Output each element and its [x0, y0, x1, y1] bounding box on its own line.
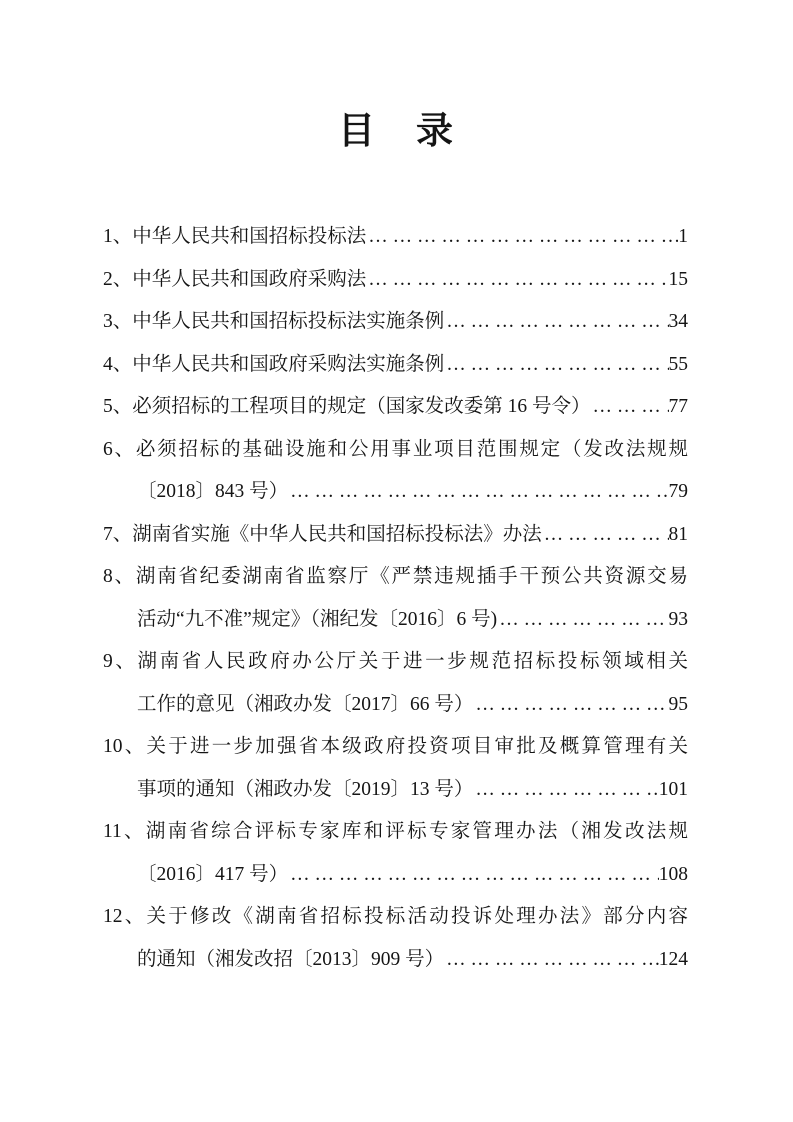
toc-item-number: 3、: [103, 301, 132, 344]
toc-item-line: 11、湖南省综合评标专家库和评标专家管理办法（湘发改法规: [103, 811, 688, 854]
dot-leader: … … … … … … … … … … … … … … … … … … … … …: [444, 344, 668, 387]
toc-item-number: 9、: [103, 651, 138, 672]
toc-item-number: 1、: [103, 216, 132, 259]
toc-item-line: 9、湖南省人民政府办公厅关于进一步规范招标投标领域相关: [103, 641, 688, 684]
toc-item-title-text: 关于进一步加强省本级政府投资项目审批及概算管理有关: [147, 736, 688, 757]
toc-item-line: 工作的意见（湘政办发〔2017〕66 号）… … … … … … … … … ……: [103, 684, 688, 727]
toc-item-title-text: 的通知（湘发改招〔2013〕909 号）: [137, 939, 444, 982]
toc-item-title-text: 中华人民共和国招标投标法实施条例: [132, 301, 444, 344]
toc-page-number: 93: [669, 599, 689, 642]
toc-item-title-text: 必须招标的基础设施和公用事业项目范围规定（发改法规规: [136, 439, 688, 460]
dot-leader: … … … … … … … … … … … … … … … … … … … … …: [497, 599, 668, 642]
toc-item-line: 3、中华人民共和国招标投标法实施条例… … … … … … … … … … … …: [103, 301, 688, 344]
toc-item-title-text: 中华人民共和国政府采购法: [132, 259, 366, 302]
dot-leader: … … … … … … … … … … … … … … … … … … … … …: [288, 854, 659, 897]
toc-item-title-text: 必须招标的工程项目的规定（国家发改委第 16 号令）: [132, 386, 590, 429]
dot-leader: … … … … … … … … … … … … … … … … … … … … …: [542, 514, 669, 557]
toc-item: 5、必须招标的工程项目的规定（国家发改委第 16 号令）… … … … … … …: [103, 386, 688, 429]
toc-item-title-text: 湖南省综合评标专家库和评标专家管理办法（湘发改法规: [146, 821, 688, 842]
toc-item-title-text: 活动“九不准”规定》（湘纪发〔2016〕6 号): [137, 599, 497, 642]
toc-item-line: 4、中华人民共和国政府采购法实施条例… … … … … … … … … … … …: [103, 344, 688, 387]
toc-page-number: 15: [669, 259, 689, 302]
document-page: 目 录 1、中华人民共和国招标投标法… … … … … … … … … … … …: [0, 0, 793, 1122]
dot-leader: … … … … … … … … … … … … … … … … … … … … …: [444, 939, 659, 982]
toc-item-line: 8、湖南省纪委湖南省监察厅《严禁违规插手干预公共资源交易: [103, 556, 688, 599]
toc-page-number: 34: [669, 301, 689, 344]
toc-item-line: 10、关于进一步加强省本级政府投资项目审批及概算管理有关: [103, 726, 688, 769]
toc-item-line: 2、中华人民共和国政府采购法… … … … … … … … … … … … … …: [103, 259, 688, 302]
toc-item-line: 5、必须招标的工程项目的规定（国家发改委第 16 号令）… … … … … … …: [103, 386, 688, 429]
toc-page-number: 101: [659, 769, 688, 812]
toc-item: 12、关于修改《湖南省招标投标活动投诉处理办法》部分内容的通知（湘发改招〔201…: [103, 896, 688, 981]
toc-item-title-text: 工作的意见（湘政办发〔2017〕66 号）: [137, 684, 473, 727]
toc-item-title-text: 〔2018〕843 号）: [137, 471, 288, 514]
toc-item-number: 2、: [103, 259, 132, 302]
toc-item-line: 1、中华人民共和国招标投标法… … … … … … … … … … … … … …: [103, 216, 688, 259]
toc-item-number: 10、: [103, 736, 147, 757]
toc-item-number: 5、: [103, 386, 132, 429]
toc-item-line: 的通知（湘发改招〔2013〕909 号）… … … … … … … … … … …: [103, 939, 688, 982]
dot-leader: … … … … … … … … … … … … … … … … … … … … …: [473, 684, 668, 727]
toc-item-line: 6、必须招标的基础设施和公用事业项目范围规定（发改法规规: [103, 429, 688, 472]
toc-item-number: 7、: [103, 514, 132, 557]
dot-leader: … … … … … … … … … … … … … … … … … … … … …: [366, 259, 668, 302]
toc-item-line: 12、关于修改《湖南省招标投标活动投诉处理办法》部分内容: [103, 896, 688, 939]
toc-item: 4、中华人民共和国政府采购法实施条例… … … … … … … … … … … …: [103, 344, 688, 387]
toc-item-title-text: 中华人民共和国招标投标法: [132, 216, 366, 259]
toc-item-title-text: 〔2016〕417 号）: [137, 854, 288, 897]
toc-item-title-text: 事项的通知（湘政办发〔2019〕13 号）: [137, 769, 473, 812]
toc-item-number: 4、: [103, 344, 132, 387]
toc-item: 11、湖南省综合评标专家库和评标专家管理办法（湘发改法规〔2016〕417 号）…: [103, 811, 688, 896]
dot-leader: … … … … … … … … … … … … … … … … … … … … …: [366, 216, 678, 259]
toc-page-number: 1: [678, 216, 688, 259]
toc-item-line: 〔2016〕417 号）… … … … … … … … … … … … … … …: [103, 854, 688, 897]
toc-item-title-text: 中华人民共和国政府采购法实施条例: [132, 344, 444, 387]
toc-page-number: 124: [659, 939, 688, 982]
toc-item-title-text: 关于修改《湖南省招标投标活动投诉处理办法》部分内容: [147, 906, 688, 927]
page-title: 目 录: [0, 0, 793, 152]
toc-item-line: 〔2018〕843 号）… … … … … … … … … … … … … … …: [103, 471, 688, 514]
dot-leader: … … … … … … … … … … … … … … … … … … … … …: [288, 471, 668, 514]
toc-page-number: 77: [669, 386, 689, 429]
toc-item: 9、湖南省人民政府办公厅关于进一步规范招标投标领域相关工作的意见（湘政办发〔20…: [103, 641, 688, 726]
toc-item-title-text: 湖南省人民政府办公厅关于进一步规范招标投标领域相关: [138, 651, 688, 672]
toc-item: 8、湖南省纪委湖南省监察厅《严禁违规插手干预公共资源交易活动“九不准”规定》（湘…: [103, 556, 688, 641]
toc-item: 1、中华人民共和国招标投标法… … … … … … … … … … … … … …: [103, 216, 688, 259]
toc-item-number: 8、: [103, 566, 136, 587]
dot-leader: … … … … … … … … … … … … … … … … … … … … …: [444, 301, 668, 344]
dot-leader: … … … … … … … … … … … … … … … … … … … … …: [473, 769, 658, 812]
toc-page-number: 55: [669, 344, 689, 387]
dot-leader: … … … … … … … … … … … … … … … … … … … … …: [591, 386, 669, 429]
toc-item: 10、关于进一步加强省本级政府投资项目审批及概算管理有关事项的通知（湘政办发〔2…: [103, 726, 688, 811]
toc-list: 1、中华人民共和国招标投标法… … … … … … … … … … … … … …: [0, 216, 793, 981]
toc-item: 2、中华人民共和国政府采购法… … … … … … … … … … … … … …: [103, 259, 688, 302]
toc-page-number: 79: [669, 471, 689, 514]
toc-item: 6、必须招标的基础设施和公用事业项目范围规定（发改法规规〔2018〕843 号）…: [103, 429, 688, 514]
toc-page-number: 81: [669, 514, 689, 557]
toc-item-number: 6、: [103, 439, 136, 460]
toc-item-title-text: 湖南省纪委湖南省监察厅《严禁违规插手干预公共资源交易: [136, 566, 688, 587]
toc-item-line: 7、湖南省实施《中华人民共和国招标投标法》办法… … … … … … … … ……: [103, 514, 688, 557]
toc-item: 3、中华人民共和国招标投标法实施条例… … … … … … … … … … … …: [103, 301, 688, 344]
toc-item-number: 12、: [103, 906, 147, 927]
toc-item-line: 事项的通知（湘政办发〔2019〕13 号）… … … … … … … … … ……: [103, 769, 688, 812]
toc-page-number: 95: [669, 684, 689, 727]
toc-page-number: 108: [659, 854, 688, 897]
toc-item-number: 11、: [103, 821, 146, 842]
toc-item-title-text: 湖南省实施《中华人民共和国招标投标法》办法: [132, 514, 542, 557]
toc-item-line: 活动“九不准”规定》（湘纪发〔2016〕6 号)… … … … … … … … …: [103, 599, 688, 642]
toc-item: 7、湖南省实施《中华人民共和国招标投标法》办法… … … … … … … … ……: [103, 514, 688, 557]
